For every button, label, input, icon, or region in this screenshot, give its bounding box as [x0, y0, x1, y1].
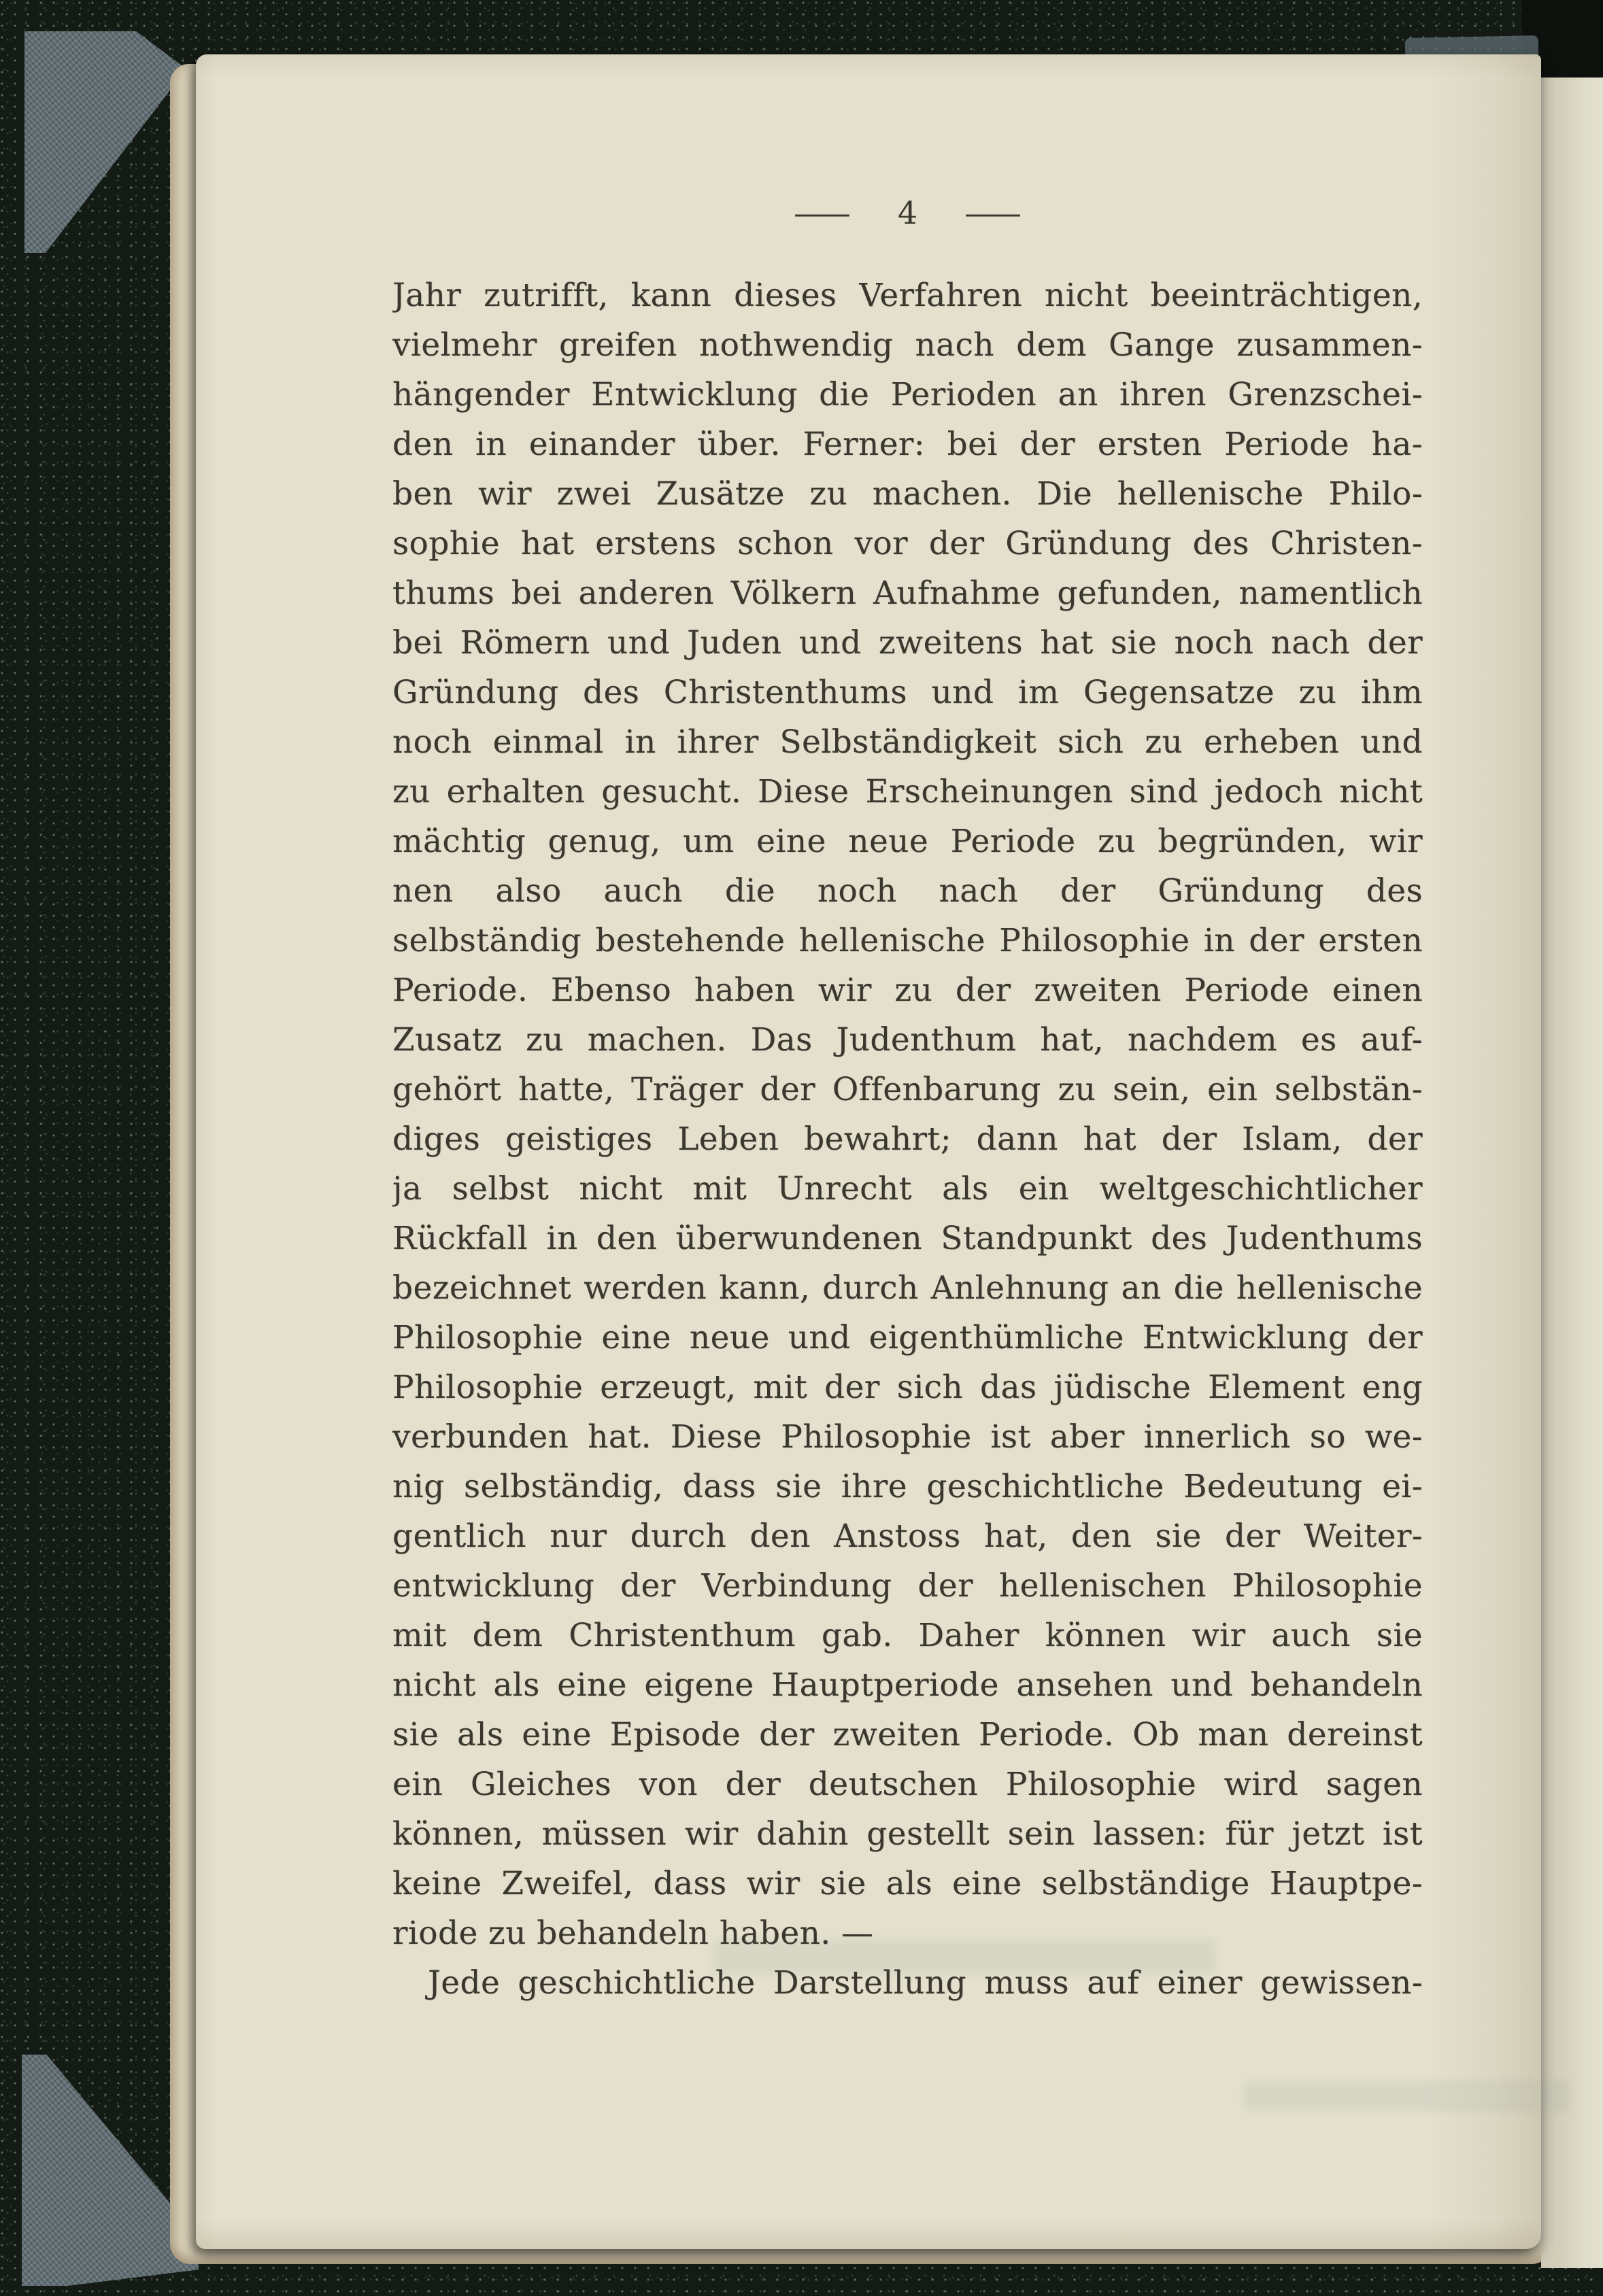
text-line-6: sophie hat erstens schon vor der Gründun…	[392, 519, 1423, 568]
text-line-34: riode zu behandeln haben. —	[392, 1908, 1423, 1958]
text-line-8: bei Römern und Juden und zweitens hat si…	[392, 618, 1423, 668]
text-line-35: Jede geschichtliche Darstellung muss auf…	[392, 1958, 1423, 2008]
text-line-13: nen also auch die noch nach der Gründung…	[392, 866, 1423, 916]
text-line-24: verbunden hat. Diese Philosophie ist abe…	[392, 1412, 1423, 1462]
text-line-12: mächtig genug, um eine neue Periode zu b…	[392, 817, 1423, 866]
text-line-14: selbständig bestehende hellenische Philo…	[392, 916, 1423, 965]
facing-page-gutter	[1541, 57, 1603, 2268]
text-line-29: nicht als eine eigene Hauptperiode anseh…	[392, 1660, 1423, 1710]
text-line-23: Philosophie erzeugt, mit der sich das jü…	[392, 1363, 1423, 1412]
text-line-18: diges geistiges Leben bewahrt; dann hat …	[392, 1114, 1423, 1164]
text-line-3: hängender Entwicklung die Perioden an ih…	[392, 370, 1423, 419]
text-line-31: ein Gleiches von der deutschen Philosoph…	[392, 1760, 1423, 1809]
text-line-1: Jahr zutrifft, kann dieses Verfahren nic…	[392, 271, 1423, 320]
text-line-9: Gründung des Christenthums und im Gegens…	[392, 668, 1423, 717]
text-line-7: thums bei anderen Völkern Aufnahme gefun…	[392, 568, 1423, 618]
text-line-27: entwicklung der Verbindung der hellenisc…	[392, 1561, 1423, 1611]
text-line-30: sie als eine Episode der zweiten Periode…	[392, 1710, 1423, 1760]
text-line-32: können, müssen wir dahin gestellt sein l…	[392, 1809, 1423, 1859]
text-line-25: nig selbständig, dass sie ihre geschicht…	[392, 1462, 1423, 1511]
text-line-10: noch einmal in ihrer Selbständigkeit sic…	[392, 717, 1423, 767]
text-line-16: Zusatz zu machen. Das Judenthum hat, nac…	[392, 1015, 1423, 1065]
header-dash-left: —	[792, 194, 851, 231]
text-line-17: gehört hatte, Träger der Offenbarung zu …	[392, 1065, 1423, 1114]
page-header: — 4 —	[392, 190, 1423, 235]
text-line-20: Rückfall in den überwundenen Standpunkt …	[392, 1214, 1423, 1263]
text-line-5: ben wir zwei Zusätze zu machen. Die hell…	[392, 469, 1423, 519]
text-line-4: den in einander über. Ferner: bei der er…	[392, 419, 1423, 469]
text-line-22: Philosophie eine neue und eigenthümliche…	[392, 1313, 1423, 1363]
page-number: 4	[898, 194, 917, 231]
text-line-2: vielmehr greifen nothwendig nach dem Gan…	[392, 320, 1423, 370]
body-text: Jahr zutrifft, kann dieses Verfahren nic…	[392, 271, 1423, 2008]
scanned-book-photo: — 4 — Jahr zutrifft, kann dieses Verfahr…	[0, 0, 1603, 2296]
text-line-28: mit dem Christenthum gab. Daher können w…	[392, 1611, 1423, 1660]
text-line-19: ja selbst nicht mit Unrecht als ein welt…	[392, 1164, 1423, 1214]
book-page: — 4 — Jahr zutrifft, kann dieses Verfahr…	[196, 54, 1541, 2249]
text-line-21: bezeichnet werden kann, durch Anlehnung …	[392, 1263, 1423, 1313]
text-line-11: zu erhalten gesucht. Diese Erscheinungen…	[392, 767, 1423, 817]
text-line-33: keine Zweifel, dass wir sie als eine sel…	[392, 1859, 1423, 1908]
header-dash-right: —	[963, 194, 1022, 231]
text-line-15: Periode. Ebenso haben wir zu der zweiten…	[392, 965, 1423, 1015]
verso-show-through	[1243, 2080, 1570, 2112]
text-line-26: gentlich nur durch den Anstoss hat, den …	[392, 1511, 1423, 1561]
